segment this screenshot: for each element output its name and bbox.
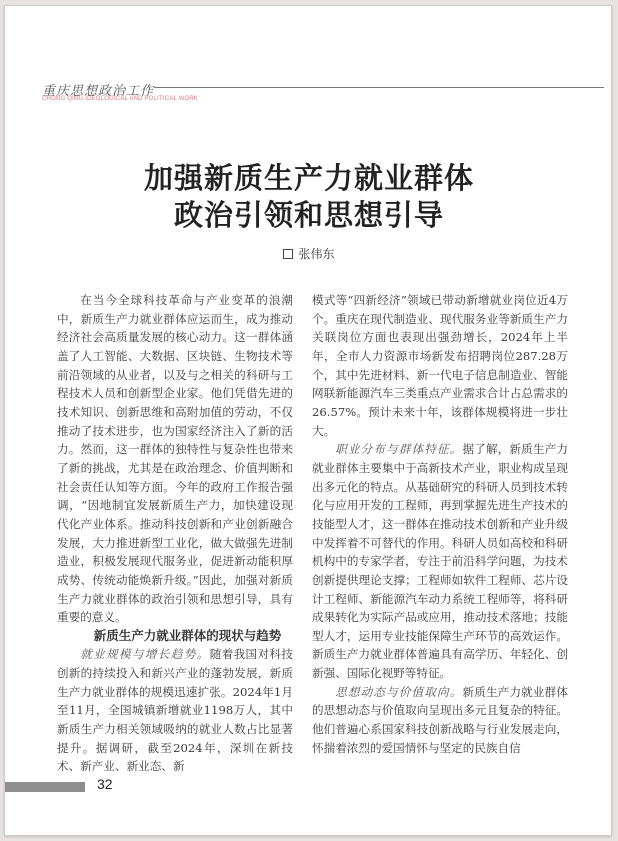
left-column: 在当今全球科技革命与产业变革的浪潮中，新质生产力就业群体应运而生，成为推动经济社… bbox=[57, 291, 293, 776]
title-line-2: 政治引领和思想引导 bbox=[0, 197, 618, 234]
article-title: 加强新质生产力就业群体 政治引领和思想引导 bbox=[0, 160, 618, 234]
paragraph-body: 据了解，新质生产力就业群体主要集中于高新技术产业，职业构成呈现出多元化的特点。从… bbox=[312, 442, 568, 680]
paragraph-lead: 思想动态与价值取向。 bbox=[335, 685, 462, 699]
right-column: 模式等“四新经济”领域已带动新增就业岗位近4万个。重庆在现代制造业、现代服务业等… bbox=[312, 291, 568, 757]
paragraph-lead: 职业分布与群体特征。 bbox=[335, 442, 462, 456]
paragraph-occupation: 职业分布与群体特征。据了解，新质生产力就业群体主要集中于高新技术产业，职业构成呈… bbox=[312, 440, 568, 683]
author-byline: 张伟东 bbox=[0, 245, 618, 262]
paragraph-body: 随着我国对科技创新的持续投入和新兴产业的蓬勃发展，新质生产力就业群体的规模迅速扩… bbox=[57, 647, 293, 773]
journal-logo-english: CHONG QING IDEOLOGICAL AND POLITICAL WOR… bbox=[42, 96, 198, 102]
intro-paragraph: 在当今全球科技革命与产业变革的浪潮中，新质生产力就业群体应运而生，成为推动经济社… bbox=[57, 291, 293, 627]
paragraph-lead: 就业规模与增长趋势。 bbox=[80, 647, 210, 661]
square-bullet-icon bbox=[283, 249, 293, 259]
author-name: 张伟东 bbox=[298, 247, 334, 261]
paragraph-continued: 模式等“四新经济”领域已带动新增就业岗位近4万个。重庆在现代制造业、现代服务业等… bbox=[312, 291, 568, 440]
paragraph-employment-scale: 就业规模与增长趋势。随着我国对科技创新的持续投入和新兴产业的蓬勃发展，新质生产力… bbox=[57, 645, 293, 776]
title-line-1: 加强新质生产力就业群体 bbox=[0, 160, 618, 197]
footer-bar bbox=[5, 782, 85, 792]
section-heading: 新质生产力就业群体的现状与趋势 bbox=[57, 627, 293, 646]
page-number: 32 bbox=[97, 776, 113, 792]
header-rule bbox=[154, 87, 604, 88]
paragraph-ideology: 思想动态与价值取向。新质生产力就业群体的思想动态与价值取向呈现出多元且复杂的特征… bbox=[312, 683, 568, 758]
